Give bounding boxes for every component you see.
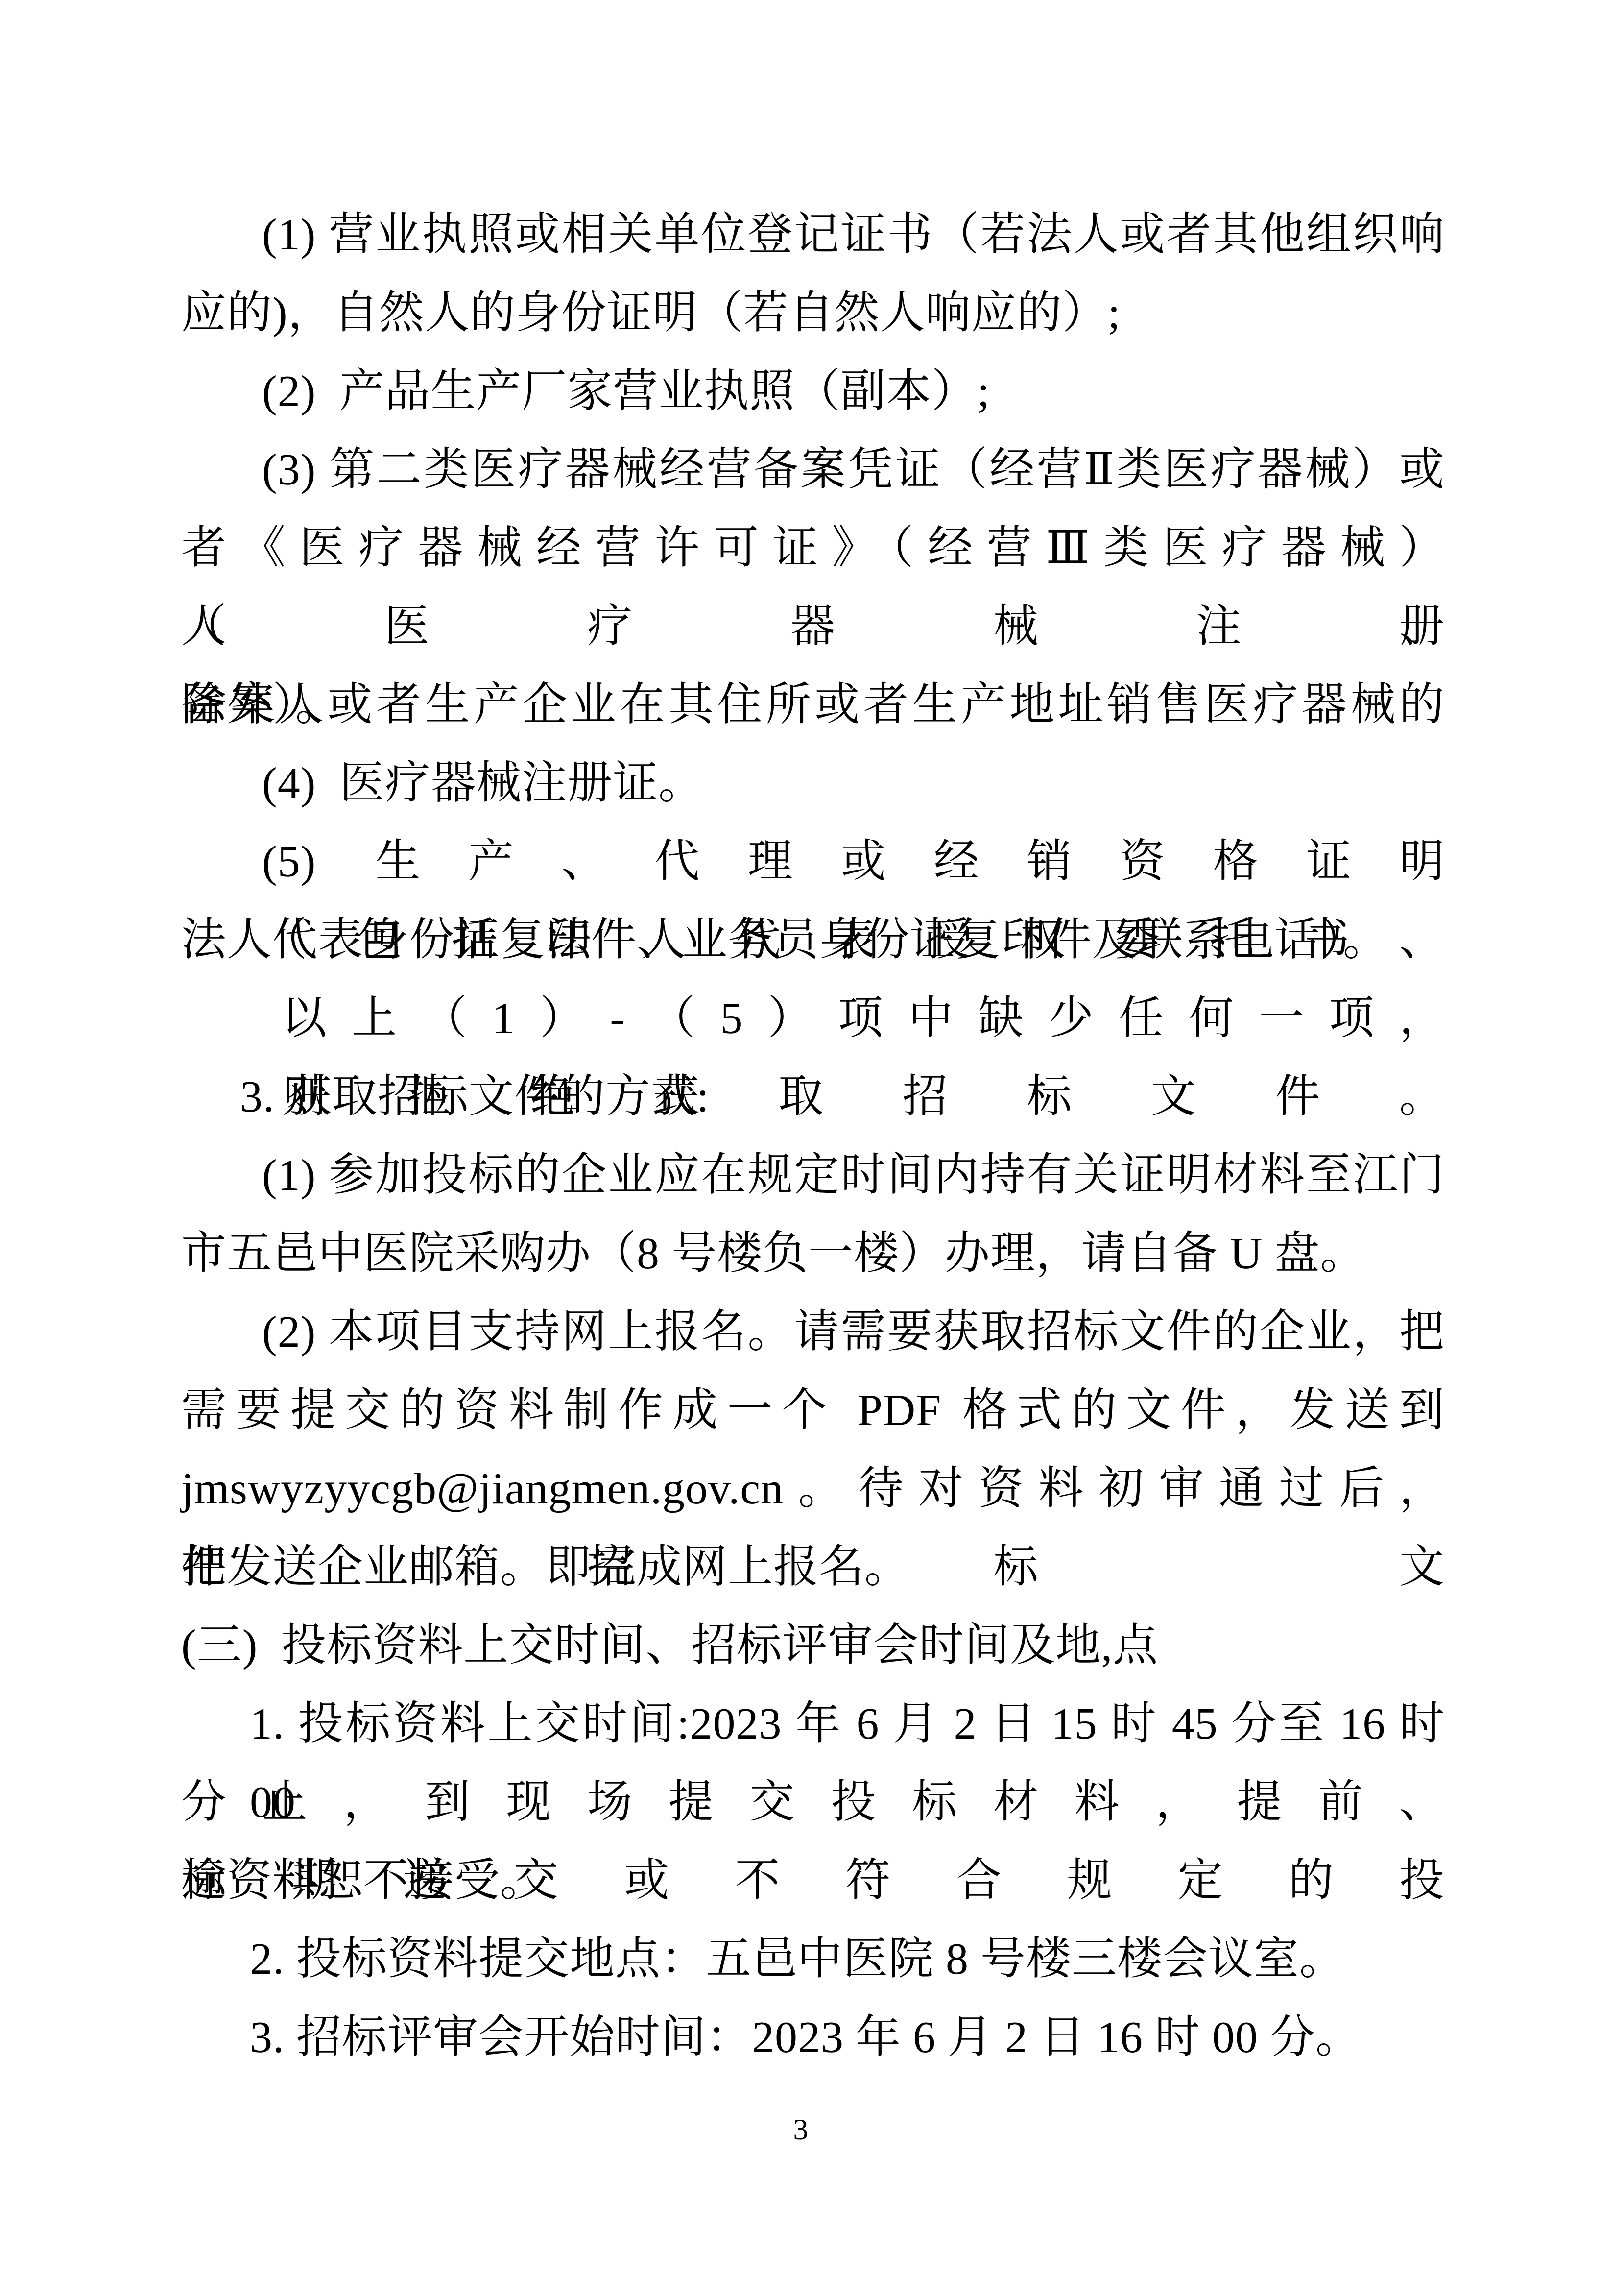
text-line: 者《医疗器械经营许可证》（经营Ⅲ类医疗器械）（医疗器械注册 [181, 509, 1445, 587]
text-line: 市五邑中医院采购办（8 号楼负一楼）办理，请自备 U 盘。 [181, 1214, 1445, 1292]
text-line: (1) 营业执照或相关单位登记证书（若法人或者其他组织响 [181, 195, 1445, 273]
text-line: 应的)，自然人的身份证明（若自然人响应的）; [181, 273, 1445, 352]
text-line: 法人代表身份证复印件、业务员身份证复印件及联系电话）。 [181, 900, 1445, 979]
text-line: (2) 产品生产厂家营业执照（副本）; [181, 352, 1445, 430]
section-heading: (三) 投标资料上交时间、招标评审会时间及地,点 [181, 1606, 1445, 1684]
text-line: (2) 本项目支持网上报名。请需要获取招标文件的企业，把 [181, 1292, 1445, 1371]
text-line: 1. 投标资料上交时间:2023 年 6 月 2 日 15 时 45 分至 16… [181, 1684, 1445, 1763]
text-line: (4) 医疗器械注册证。 [181, 744, 1445, 822]
text-line: jmswyzyycgb@jiangmen.gov.cn。待对资料初审通过后，把招… [181, 1449, 1445, 1527]
text-line: (3) 第二类医疗器械经营备案凭证（经营Ⅱ类医疗器械）或 [181, 430, 1445, 509]
document-page: (1) 营业执照或相关单位登记证书（若法人或者其他组织响 应的)，自然人的身份证… [0, 0, 1624, 2277]
text-line: 以上（1）-（5）项中缺少任何一项，则拒绝获取招标文件。 [181, 979, 1445, 1057]
text-line: (5) 生产、代理或经销资格证明（包括法人代表授权委托书、 [181, 822, 1445, 900]
text-line: 3. 招标评审会开始时间：2023 年 6 月 2 日 16 时 00 分。 [181, 1998, 1445, 2076]
text-line: (1) 参加投标的企业应在规定时间内持有关证明材料至江门 [181, 1136, 1445, 1214]
text-line: 分止，到现场提交投标材料，提前、逾期递交或不符合规定的投 [181, 1763, 1445, 1841]
document-text-block: (1) 营业执照或相关单位登记证书（若法人或者其他组织响 应的)，自然人的身份证… [181, 195, 1445, 2076]
page-number: 3 [0, 2103, 1601, 2156]
text-line: 人、备案人或者生产企业在其住所或者生产地址销售医疗器械的 [181, 587, 1445, 665]
text-line: 2. 投标资料提交地点：五邑中医院 8 号楼三楼会议室。 [181, 1919, 1445, 1998]
text-line: 需要提交的资料制作成一个 PDF 格式的文件，发送到 [181, 1371, 1445, 1449]
